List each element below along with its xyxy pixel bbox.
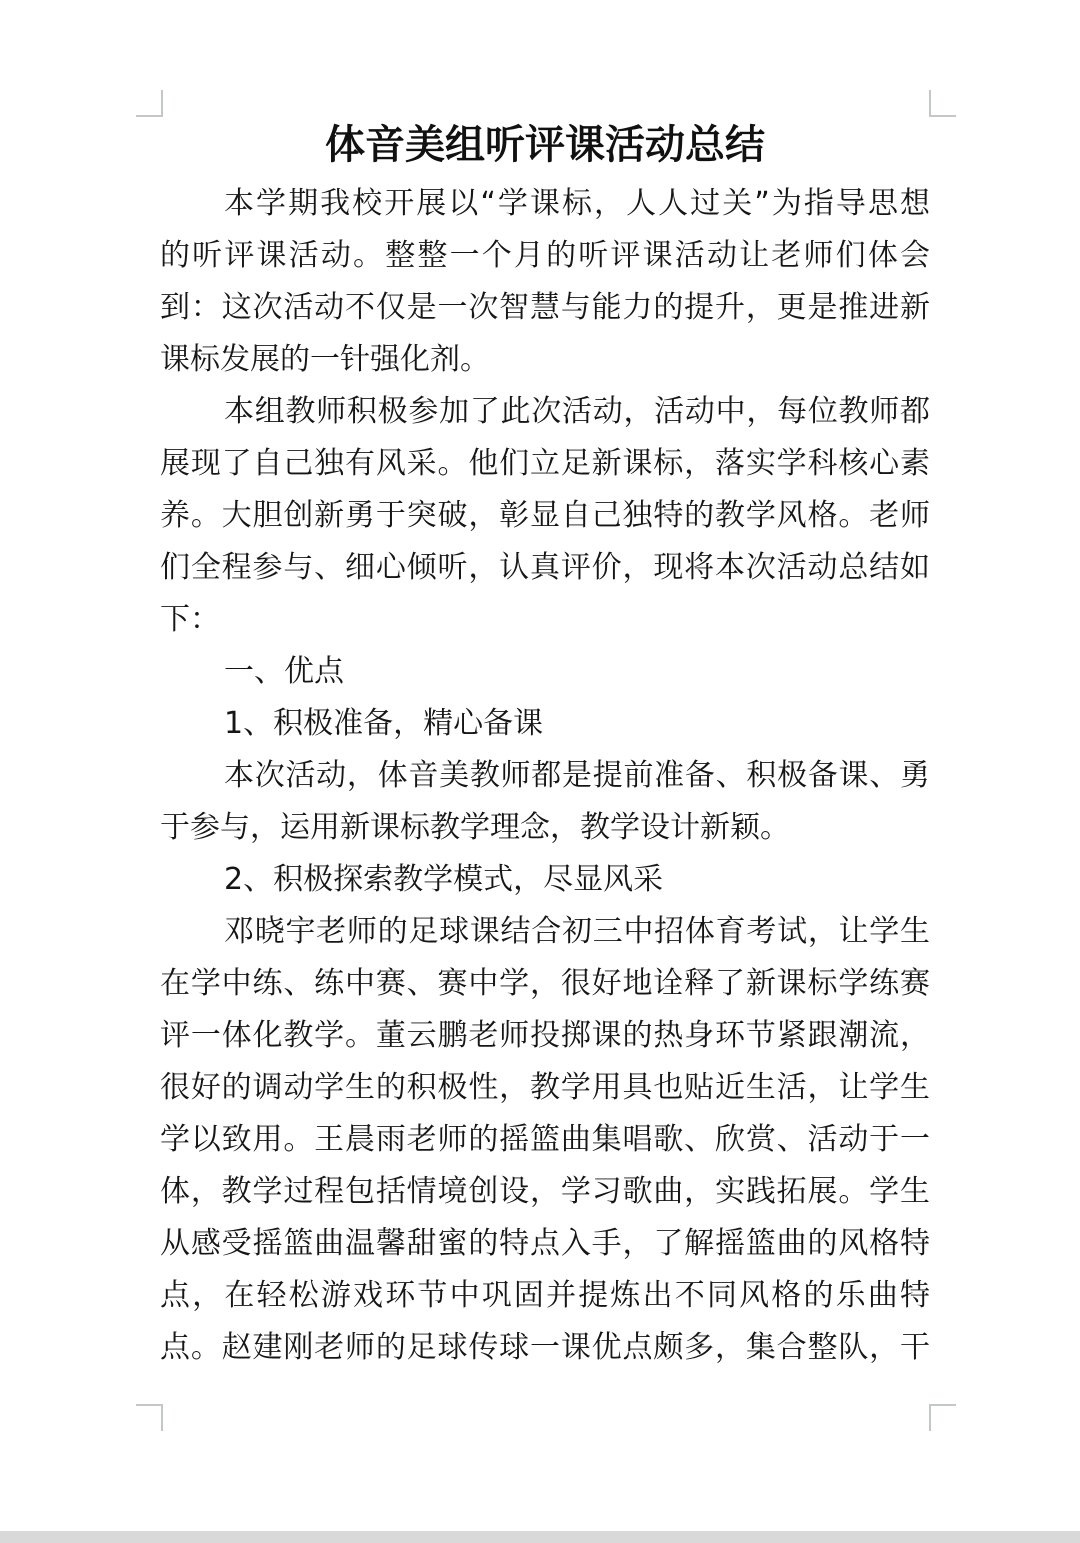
body-line: 课标发展的一针强化剂。 bbox=[160, 334, 930, 386]
body-line: 邓晓宇老师的足球课结合初三中招体育考试，让学生 bbox=[160, 906, 930, 958]
subsection-heading: 2、积极探索教学模式，尽显风采 bbox=[160, 854, 930, 906]
body-line: 们全程参与、细心倾听，认真评价，现将本次活动总结如 bbox=[160, 542, 930, 594]
body-line: 体，教学过程包括情境创设，学习歌曲，实践拓展。学生 bbox=[160, 1166, 930, 1218]
document-content: 体音美组听评课活动总结 本学期我校开展以“学课标，人人过关”为指导思想 的听评课… bbox=[160, 112, 930, 1374]
body-line: 很好的调动学生的积极性，教学用具也贴近生活，让学生 bbox=[160, 1062, 930, 1114]
body-line: 点。赵建刚老师的足球传球一课优点颇多，集合整队，干 bbox=[160, 1322, 930, 1374]
body-line: 本次活动，体音美教师都是提前准备、积极备课、勇 bbox=[160, 750, 930, 802]
body-line: 本组教师积极参加了此次活动，活动中，每位教师都 bbox=[160, 386, 930, 438]
margin-corner-mark-bottom-left bbox=[136, 1404, 163, 1431]
margin-corner-mark-top-left bbox=[136, 90, 163, 117]
body-line: 在学中练、练中赛、赛中学，很好地诠释了新课标学练赛 bbox=[160, 958, 930, 1010]
body-line: 的听评课活动。整整一个月的听评课活动让老师们体会 bbox=[160, 230, 930, 282]
body-line: 评一体化教学。董云鹏老师投掷课的热身环节紧跟潮流， bbox=[160, 1010, 930, 1062]
body-line: 于参与，运用新课标教学理念，教学设计新颖。 bbox=[160, 802, 930, 854]
document-title: 体音美组听评课活动总结 bbox=[160, 112, 930, 178]
body-line: 养。大胆创新勇于突破，彰显自己独特的教学风格。老师 bbox=[160, 490, 930, 542]
body-line: 下： bbox=[160, 594, 930, 646]
section-heading: 一、优点 bbox=[160, 646, 930, 698]
margin-corner-mark-top-right bbox=[929, 90, 956, 117]
document-page: 体音美组听评课活动总结 本学期我校开展以“学课标，人人过关”为指导思想 的听评课… bbox=[0, 0, 1080, 1543]
body-line: 学以致用。王晨雨老师的摇篮曲集唱歌、欣赏、活动于一 bbox=[160, 1114, 930, 1166]
body-line: 从感受摇篮曲温馨甜蜜的特点入手，了解摇篮曲的风格特 bbox=[160, 1218, 930, 1270]
body-line: 本学期我校开展以“学课标，人人过关”为指导思想 bbox=[160, 178, 930, 230]
body-line: 展现了自己独有风采。他们立足新课标，落实学科核心素 bbox=[160, 438, 930, 490]
margin-corner-mark-bottom-right bbox=[929, 1404, 956, 1431]
subsection-heading: 1、积极准备，精心备课 bbox=[160, 698, 930, 750]
body-line: 到：这次活动不仅是一次智慧与能力的提升，更是推进新 bbox=[160, 282, 930, 334]
body-line: 点，在轻松游戏环节中巩固并提炼出不同风格的乐曲特 bbox=[160, 1270, 930, 1322]
page-bottom-edge bbox=[0, 1531, 1080, 1543]
